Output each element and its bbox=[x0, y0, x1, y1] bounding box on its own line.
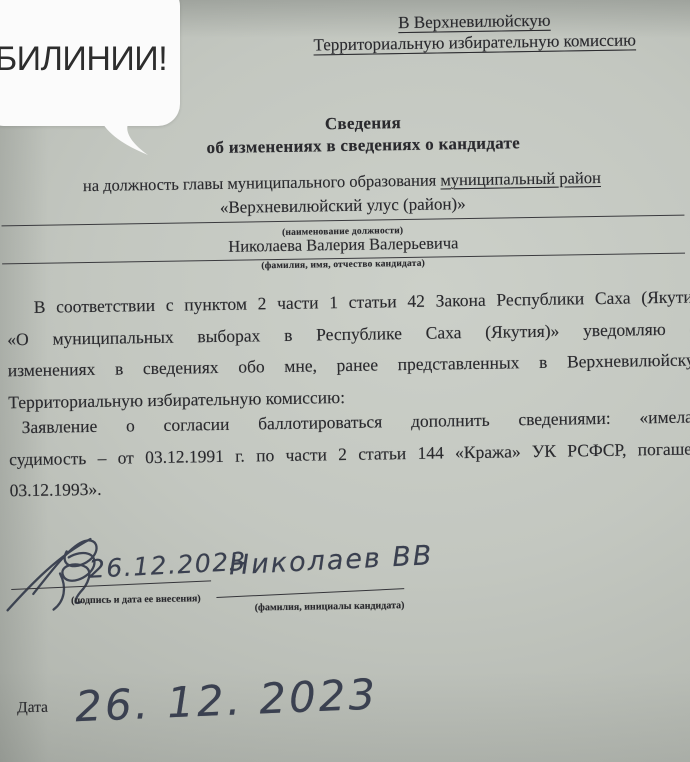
district-ruled-line: «Верхневилюйский улус (район)» bbox=[1, 191, 684, 227]
addressee-block: В Верхневилюйскую Территориальную избира… bbox=[224, 7, 690, 57]
paragraph-conviction-info: Заявление о согласии баллотироваться доп… bbox=[8, 401, 690, 506]
district-name: «Верхневилюйский улус (район)» bbox=[220, 194, 466, 217]
speech-bubble: БИЛИНИИ! bbox=[0, 0, 180, 126]
name-underline bbox=[216, 588, 404, 598]
document-photo: В Верхневилюйскую Территориальную избира… bbox=[0, 0, 690, 762]
position-underlined: муниципальный район bbox=[440, 168, 601, 190]
date-label: Дата bbox=[17, 699, 48, 717]
name-caption: (фамилия, инициалы кандидата) bbox=[233, 600, 425, 614]
handwritten-candidate-name: Николаев ВВ bbox=[228, 540, 434, 581]
speech-bubble-tail bbox=[98, 124, 154, 157]
paragraph-legal-basis: В соответствии с пунктом 2 части 1 стать… bbox=[7, 281, 690, 418]
handwritten-footer-date: 26. 12. 2023 bbox=[74, 670, 379, 732]
speech-bubble-text: БИЛИНИИ! bbox=[0, 32, 167, 79]
position-intro: на должность главы муниципального образо… bbox=[83, 170, 441, 195]
candidate-name: Николаева Валерия Валерьевича bbox=[228, 233, 458, 256]
